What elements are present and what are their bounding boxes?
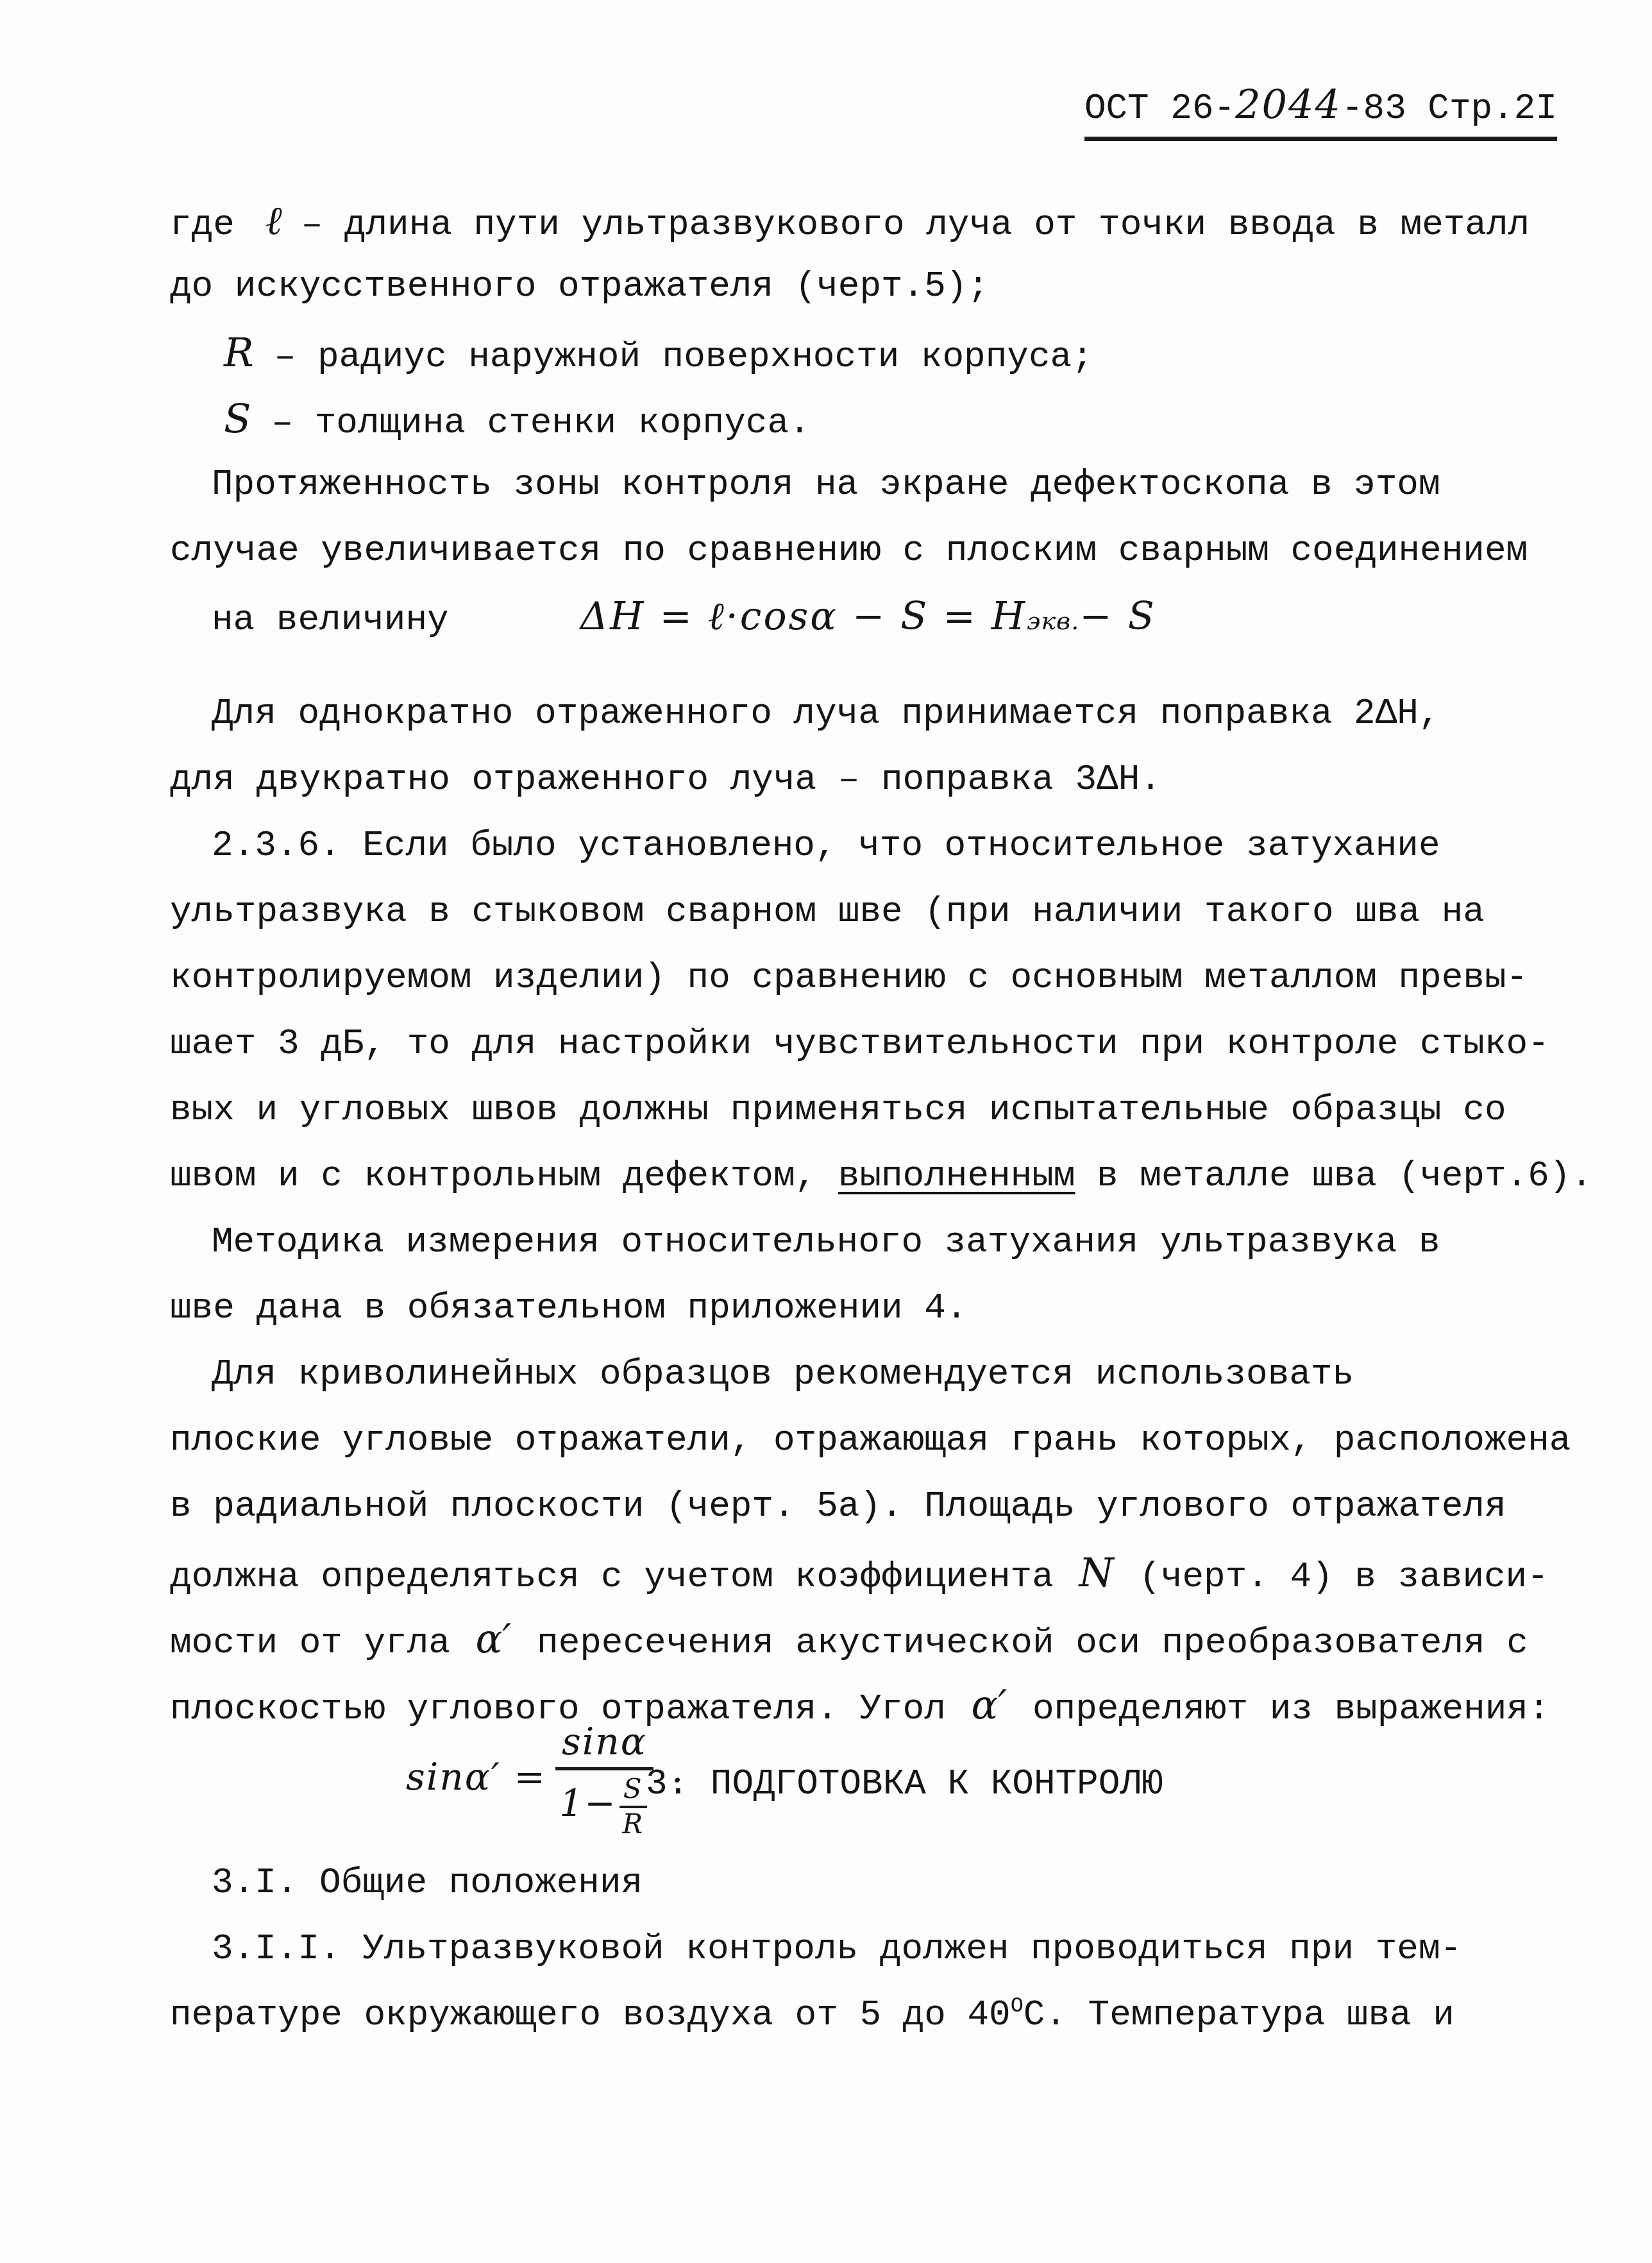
- document-page: ОСТ 26-2044-83 Стр.2I гдеℓ– длина пути у…: [0, 0, 1652, 2263]
- definition-line-l: гдеℓ– длина пути ультразвукового луча от…: [170, 187, 1562, 253]
- heading-text: 3.I. Общие положения: [212, 1862, 643, 1903]
- paragraph-text: пересечения акустической оси преобразова…: [515, 1622, 1528, 1663]
- formula-tail: − S: [1079, 594, 1156, 639]
- definition-line-r: R– радиус наружной поверхности корпуса;: [170, 319, 1562, 386]
- fraction: sinα1−SR: [555, 1720, 653, 1840]
- paragraph-line: шве дана в обязательном приложении 4.: [170, 1275, 1562, 1341]
- definition-text: до искусственного отражателя (черт.5);: [170, 266, 989, 307]
- symbol-s: S: [220, 395, 255, 442]
- paragraph-line: плоские угловые отражатели, отражающая г…: [170, 1407, 1562, 1473]
- paragraph-text: С. Температура шва и: [1024, 1994, 1454, 2035]
- document-number: ОСТ 26-2044-83 Стр.2I: [1084, 88, 1557, 141]
- paragraph-text: Для криволинейных образцов рекомендуется…: [212, 1353, 1354, 1394]
- paragraph-text: должна определяться с учетом коэффициент…: [170, 1556, 1075, 1597]
- paragraph-line: пературе окружающего воздуха от 5 до 40О…: [170, 1982, 1562, 2048]
- paragraph-text: шве дана в обязательном приложении 4.: [170, 1287, 967, 1328]
- paragraph-line: для двукратно отраженного луча – поправк…: [170, 747, 1562, 813]
- fraction-denominator: 1−SR: [555, 1770, 653, 1840]
- clause-3-1-1-line: 3.I.I. Ультразвуковой контроль должен пр…: [170, 1916, 1562, 1982]
- symbol-l: ℓ: [262, 197, 286, 244]
- formula-main: ΔH = ℓ·cosα − S = Н: [580, 594, 1027, 639]
- underlined-word: выполненным: [838, 1155, 1075, 1196]
- section-3-heading: 3. ПОДГОТОВКА К КОНТРОЛЮ: [646, 1763, 1163, 1804]
- paragraph-text: случае увеличивается по сравнению с плос…: [170, 530, 1528, 571]
- document-body: гдеℓ– длина пути ультразвукового луча от…: [170, 187, 1562, 2048]
- paragraph-text: ультразвука в стыковом сварном шве (при …: [170, 891, 1485, 932]
- nested-numerator: S: [619, 1773, 647, 1808]
- symbol-r: R: [220, 329, 258, 376]
- paragraph-text: 2.3.6. Если было установлено, что относи…: [212, 825, 1440, 866]
- definition-line-l-cont: до искусственного отражателя (черт.5);: [170, 253, 1562, 319]
- definition-text: – длина пути ультразвукового луча от точ…: [301, 204, 1530, 245]
- page-header: ОСТ 26-2044-83 Стр.2I: [1084, 81, 1557, 129]
- formula-sin-alpha: sinα′ =sinα1−SR·: [406, 1720, 684, 1840]
- paragraph-line: контролируемом изделии) по сравнению с о…: [170, 945, 1562, 1011]
- paragraph-line: в радиальной плоскости (черт. 5а). Площа…: [170, 1473, 1562, 1539]
- paragraph-line: шает 3 дБ, то для настройки чувствительн…: [170, 1011, 1562, 1077]
- paragraph-line: швом и с контрольным дефектом, выполненн…: [170, 1143, 1562, 1209]
- paragraph-text: швом и с контрольным дефектом,: [170, 1155, 838, 1196]
- doc-number-suffix: -83 Стр.2I: [1342, 88, 1557, 129]
- paragraph-text: определяют из выражения:: [1011, 1688, 1549, 1729]
- formula-lhs: sinα′ =: [406, 1755, 546, 1799]
- value-label: на величину: [212, 599, 449, 640]
- paragraph-text: вых и угловых швов должны применяться ис…: [170, 1089, 1506, 1130]
- paragraph-line: вых и угловых швов должны применяться ис…: [170, 1077, 1562, 1143]
- nested-fraction: SR: [619, 1773, 647, 1840]
- paragraph-text: (черт. 4) в зависи-: [1118, 1556, 1549, 1597]
- doc-number-prefix: ОСТ 26-: [1084, 88, 1235, 129]
- paragraph-text: 3.I.I. Ультразвуковой контроль должен пр…: [212, 1928, 1462, 1969]
- value-line: на величинуΔH = ℓ·cosα − S = Нэкв.− S: [170, 584, 1562, 650]
- symbol-n: N: [1075, 1549, 1117, 1596]
- fraction-numerator: sinα: [555, 1720, 653, 1770]
- paragraph-text: шает 3 дБ, то для настройки чувствительн…: [170, 1023, 1549, 1064]
- symbol-alpha-prime: α′: [967, 1681, 1011, 1728]
- paragraph-text: Для однократно отраженного луча принимае…: [212, 693, 1440, 734]
- paragraph-line: мости от угла α′ пересечения акустическо…: [170, 1606, 1562, 1672]
- formula-delta-h: ΔH = ℓ·cosα − S = Нэкв.− S: [580, 594, 1156, 639]
- handwritten-doc-number: 2044: [1235, 81, 1342, 128]
- clause-2-3-6-line: 2.3.6. Если было установлено, что относи…: [170, 813, 1562, 879]
- paragraph-text: для двукратно отраженного луча – поправк…: [170, 759, 1161, 800]
- paragraph-line: должна определяться с учетом коэффициент…: [170, 1539, 1562, 1606]
- paragraph-text: мости от угла: [170, 1622, 471, 1663]
- nested-denominator: R: [619, 1808, 647, 1840]
- paragraph-text: Методика измерения относительного затуха…: [212, 1221, 1440, 1262]
- paragraph-text: в радиальной плоскости (черт. 5а). Площа…: [170, 1486, 1506, 1527]
- paragraph-line: плоскостью углового отражателя. Угол α′ …: [170, 1672, 1562, 1738]
- definition-text: – радиус наружной поверхности корпуса;: [274, 336, 1093, 377]
- degree-superscript: О: [1011, 1994, 1024, 2019]
- section-3-1-heading: 3.I. Общие положения: [170, 1850, 1562, 1916]
- definition-line-s: S– толщина стенки корпуса.: [170, 386, 1562, 452]
- paragraph-text: Протяженность зоны контроля на экране де…: [212, 464, 1440, 505]
- paragraph-line: ультразвука в стыковом сварном шве (при …: [170, 879, 1562, 945]
- paragraph-line: случае увеличивается по сравнению с плос…: [170, 518, 1562, 584]
- paragraph-line: Протяженность зоны контроля на экране де…: [170, 452, 1562, 518]
- formula-subscript: экв.: [1027, 607, 1079, 635]
- paragraph-text: плоские угловые отражатели, отражающая г…: [170, 1420, 1571, 1461]
- where-label: где: [170, 204, 235, 245]
- paragraph-line: Для криволинейных образцов рекомендуется…: [170, 1341, 1562, 1407]
- paragraph-line: Методика измерения относительного затуха…: [170, 1209, 1562, 1275]
- definition-text: – толщина стенки корпуса.: [271, 402, 810, 443]
- formula-and-heading-block: sinα′ =sinα1−SR· 3. ПОДГОТОВКА К КОНТРОЛ…: [170, 1738, 1562, 1850]
- paragraph-text: пературе окружающего воздуха от 5 до 40: [170, 1994, 1011, 2035]
- symbol-alpha-prime: α′: [471, 1615, 515, 1662]
- paragraph-text: контролируемом изделии) по сравнению с о…: [170, 957, 1528, 998]
- paragraph-line: Для однократно отраженного луча принимае…: [170, 681, 1562, 747]
- paragraph-text: в металле шва (черт.6).: [1075, 1155, 1592, 1196]
- denominator-text: 1−: [559, 1781, 617, 1825]
